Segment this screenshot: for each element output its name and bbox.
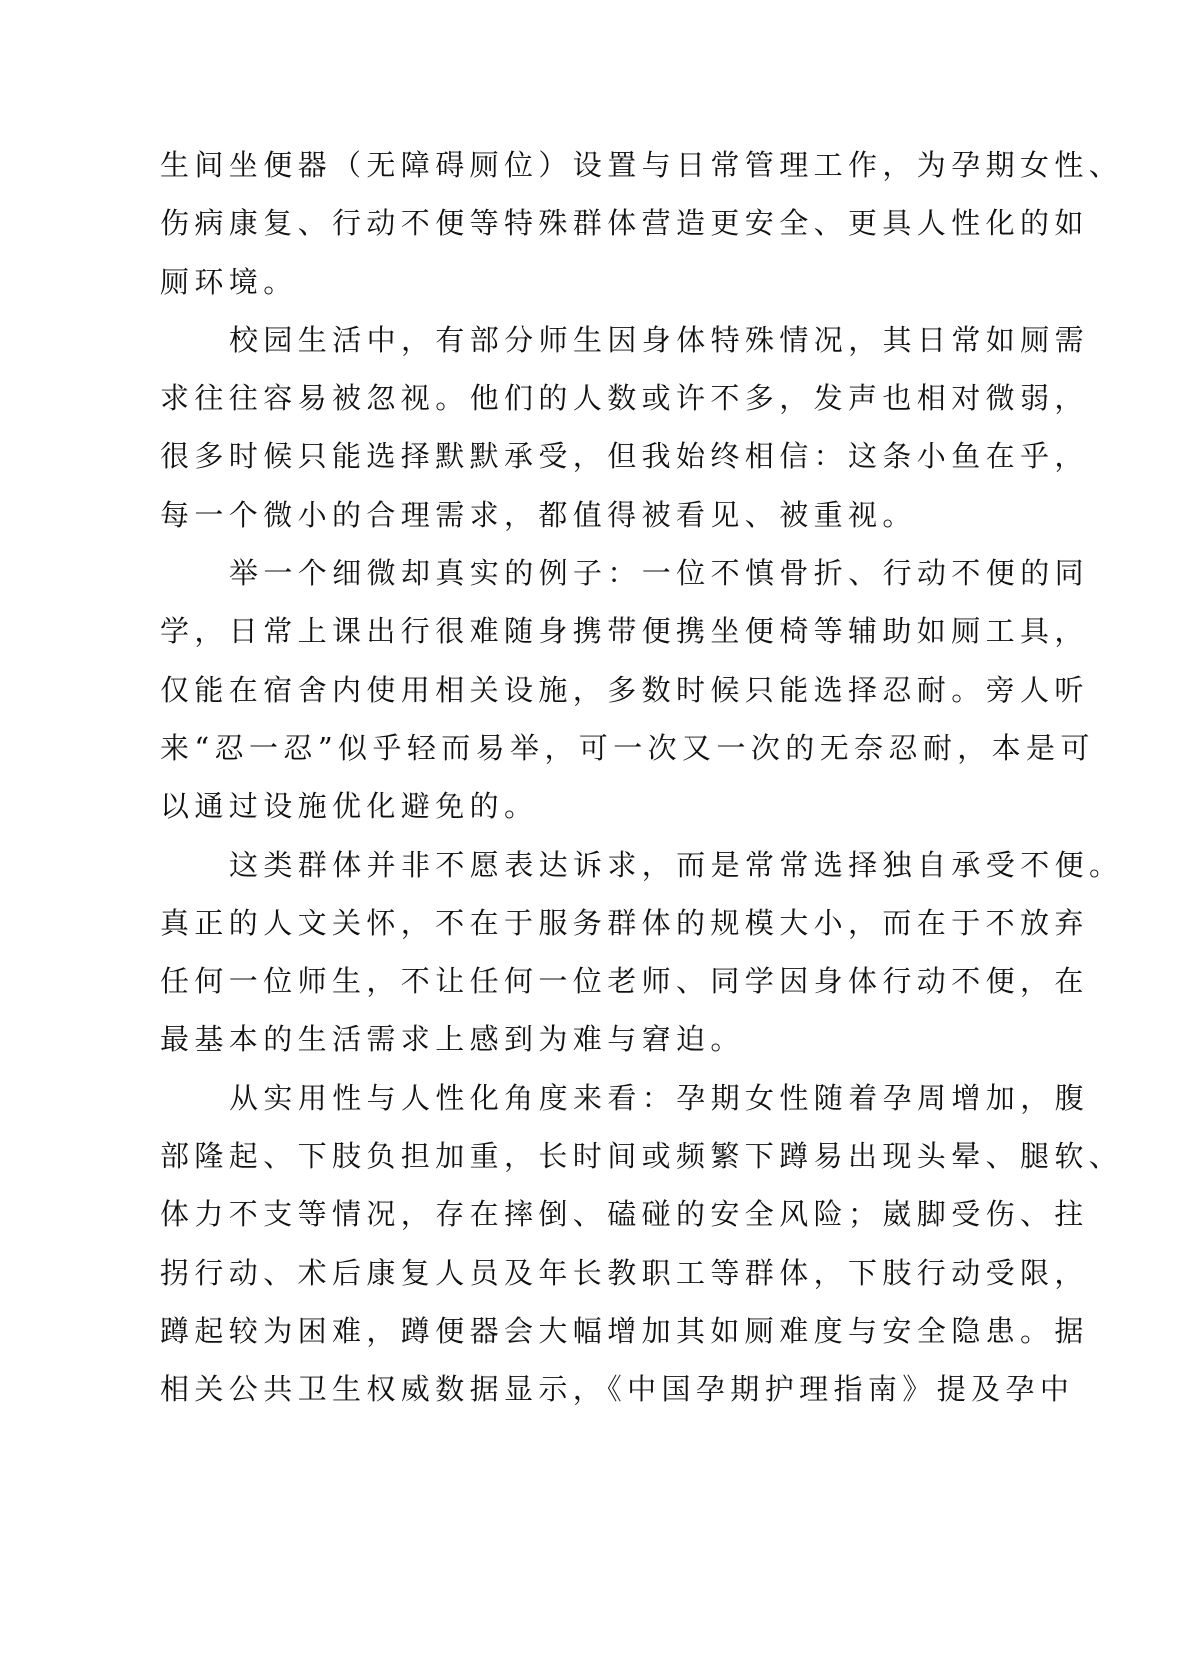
text-line: 以通过设施优化避免的。 (160, 777, 1028, 835)
paragraph-overlooked-needs: 校园生活中，有部分师生因身体特殊情况，其日常如厕需 求往往容易被忽视。他们的人数… (160, 311, 1028, 544)
text-line: 任何一位师生，不让任何一位老师、同学因身体行动不便，在 (160, 952, 1028, 1010)
text-line: 拐行动、术后康复人员及年长教职工等群体，下肢行动受限， (160, 1244, 1028, 1302)
text-line: 厕环境。 (160, 253, 1028, 311)
text-line: 相关公共卫生权威数据显示，《中国孕期护理指南》提及孕中 (160, 1360, 1028, 1418)
text-line: 蹲起较为困难，蹲便器会大幅增加其如厕难度与安全隐患。据 (160, 1302, 1028, 1360)
text-line: 从实用性与人性化角度来看：孕期女性随着孕周增加，腹 (160, 1069, 1028, 1127)
paragraph-continued: 生间坐便器（无障碍厕位）设置与日常管理工作，为孕期女性、 伤病康复、行动不便等特… (160, 136, 1028, 311)
document-page: 生间坐便器（无障碍厕位）设置与日常管理工作，为孕期女性、 伤病康复、行动不便等特… (0, 0, 1200, 1676)
text-line: 体力不支等情况，存在摔倒、磕碰的安全风险；崴脚受伤、拄 (160, 1185, 1028, 1243)
paragraph-example: 举一个细微却真实的例子：一位不慎骨折、行动不便的同 学，日常上课出行很难随身携带… (160, 544, 1028, 835)
text-line: 学，日常上课出行很难随身携带便携坐便椅等辅助如厕工具， (160, 602, 1028, 660)
document-body: 生间坐便器（无障碍厕位）设置与日常管理工作，为孕期女性、 伤病康复、行动不便等特… (160, 136, 1028, 1419)
text-line: 最基本的生活需求上感到为难与窘迫。 (160, 1010, 1028, 1068)
text-line: 仅能在宿舍内使用相关设施，多数时候只能选择忍耐。旁人听 (160, 661, 1028, 719)
text-line: 举一个细微却真实的例子：一位不慎骨折、行动不便的同 (160, 544, 1028, 602)
text-line: 求往往容易被忽视。他们的人数或许不多，发声也相对微弱， (160, 369, 1028, 427)
text-line: 真正的人文关怀，不在于服务群体的规模大小，而在于不放弃 (160, 894, 1028, 952)
text-line: 很多时候只能选择默默承受，但我始终相信：这条小鱼在乎， (160, 427, 1028, 485)
text-line: 部隆起、下肢负担加重，长时间或频繁下蹲易出现头晕、腿软、 (160, 1127, 1028, 1185)
text-line: 伤病康复、行动不便等特殊群体营造更安全、更具人性化的如 (160, 194, 1028, 252)
text-line: 来“忍一忍”似乎轻而易举，可一次又一次的无奈忍耐，本是可 (160, 719, 1028, 777)
text-line: 生间坐便器（无障碍厕位）设置与日常管理工作，为孕期女性、 (160, 136, 1028, 194)
text-line: 校园生活中，有部分师生因身体特殊情况，其日常如厕需 (160, 311, 1028, 369)
text-line: 每一个微小的合理需求，都值得被看见、被重视。 (160, 486, 1028, 544)
paragraph-practicality: 从实用性与人性化角度来看：孕期女性随着孕周增加，腹 部隆起、下肢负担加重，长时间… (160, 1069, 1028, 1419)
paragraph-humanistic-care: 这类群体并非不愿表达诉求，而是常常选择独自承受不便。 真正的人文关怀，不在于服务… (160, 836, 1028, 1069)
text-line: 这类群体并非不愿表达诉求，而是常常选择独自承受不便。 (160, 836, 1028, 894)
